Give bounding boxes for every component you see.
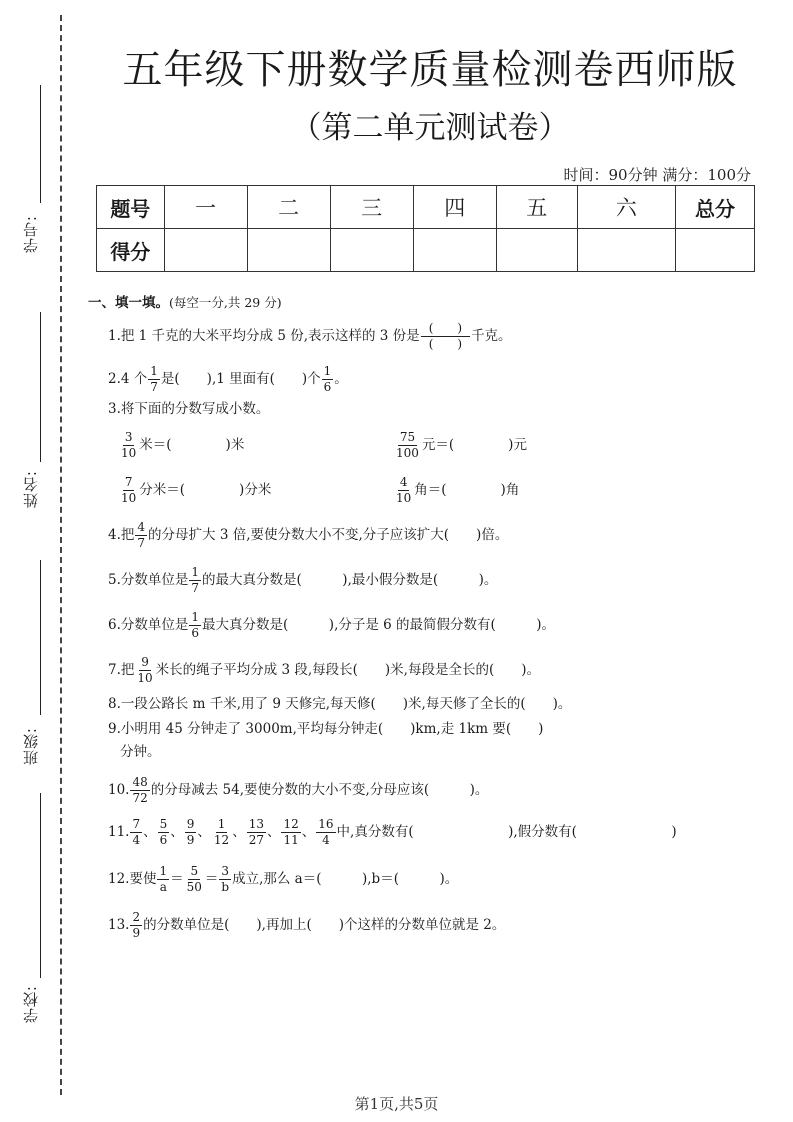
question-5: 5.分数单位是17的最大真分数是( ),最小假分数是( )。: [108, 566, 497, 595]
q2-prefix: 2.4 个: [108, 371, 147, 387]
score-cell-2[interactable]: [247, 229, 330, 272]
student-name-input-line[interactable]: [40, 312, 41, 462]
question-8: 8.一段公路长 m 千米,用了 9 天修完,每天修( )米,每天修了全长的( )…: [108, 698, 571, 712]
question-10: 10.4872的分母减去 54,要使分数的大小不变,分母应该( )。: [108, 776, 488, 805]
q3-item-4: 410角＝( )角: [393, 476, 519, 505]
question-4: 4.把47的分母扩大 3 倍,要使分数大小不变,分子应该扩大( )倍。: [108, 521, 508, 550]
section-title: 一、填一填。: [88, 295, 169, 311]
section-heading: 一、填一填。(每空一分,共 29 分): [88, 291, 282, 311]
question-9: 9.小明用 45 分钟走了 3000m,平均每分钟走( )km,走 1km 要(…: [108, 723, 543, 737]
school-input-line[interactable]: [40, 793, 41, 978]
question-2: 2.4 个17是( ),1 里面有( )个16。: [108, 365, 348, 394]
student-id-input-line[interactable]: [40, 85, 41, 203]
col-section-5: 五: [496, 186, 577, 229]
q3-item-3: 710分米＝( )分米: [118, 476, 271, 505]
score-cell-3[interactable]: [330, 229, 413, 272]
score-table-header-row: 题号 一 二 三 四 五 六 总分: [97, 186, 755, 229]
page-subtitle: （第二单元测试卷）: [100, 102, 760, 147]
q2-text: 是( ),1 里面有( )个: [161, 371, 321, 387]
exam-meta: 时间：90分钟 满分：100分: [564, 164, 752, 185]
question-3: 3.将下面的分数写成小数。: [108, 403, 269, 417]
q3-item-4-text: 角＝( )角: [414, 482, 519, 498]
q1-suffix: 千克。: [471, 328, 512, 344]
question-6: 6.分数单位是16最大真分数是( ),分子是 6 的最简假分数有( )。: [108, 611, 555, 640]
col-question-number: 题号: [97, 186, 165, 229]
score-cell-5[interactable]: [496, 229, 577, 272]
school-label: 学校:: [20, 985, 41, 1023]
q2-fraction-2: 16: [322, 365, 334, 394]
score-cell-4[interactable]: [413, 229, 496, 272]
binding-dashed-line: [60, 15, 62, 1095]
score-cell-total[interactable]: [676, 229, 755, 272]
score-cell-6[interactable]: [577, 229, 675, 272]
question-9-continued: 分钟。: [120, 746, 161, 760]
col-section-4: 四: [413, 186, 496, 229]
student-name-label: 姓名:: [20, 470, 41, 508]
q1-fraction-blank[interactable]: ( )( ): [421, 322, 470, 351]
score-table: 题号 一 二 三 四 五 六 总分 得分: [96, 185, 755, 272]
student-id-label: 学号:: [20, 215, 41, 253]
q3-item-3-text: 分米＝( )分米: [139, 482, 271, 498]
question-12: 12.要使1a＝550＝3b成立,那么 a＝( ),b＝( )。: [108, 865, 458, 894]
q3-item-1-text: 米＝( )米: [139, 437, 244, 453]
col-total: 总分: [676, 186, 755, 229]
col-section-1: 一: [164, 186, 247, 229]
question-13: 13.29的分数单位是( ),再加上( )个这样的分数单位就是 2。: [108, 911, 505, 940]
col-section-2: 二: [247, 186, 330, 229]
question-11: 11.74、56、99、112、1327、1211、164中,真分数有( ),假…: [108, 818, 677, 847]
question-1: 1.把 1 千克的大米平均分成 5 份,表示这样的 3 份是( )( )千克。: [108, 322, 512, 351]
q1-text: 1.把 1 千克的大米平均分成 5 份,表示这样的 3 份是: [108, 328, 420, 344]
q2-suffix: 。: [334, 371, 348, 387]
col-section-3: 三: [330, 186, 413, 229]
q3-item-2: 75100元＝( )元: [393, 431, 527, 460]
section-note: (每空一分,共 29 分): [169, 295, 282, 310]
page-number: 第1页,共5页: [0, 1093, 793, 1114]
q2-fraction-1: 17: [148, 365, 160, 394]
score-table-score-row: 得分: [97, 229, 755, 272]
question-7: 7.把910米长的绳子平均分成 3 段,每段长( )米,每段是全长的( )。: [108, 656, 540, 685]
row-score-label: 得分: [97, 229, 165, 272]
col-section-6: 六: [577, 186, 675, 229]
page-title: 五年级下册数学质量检测卷西师版: [100, 38, 760, 95]
q3-item-1: 310米＝( )米: [118, 431, 244, 460]
score-cell-1[interactable]: [164, 229, 247, 272]
q3-item-2-text: 元＝( )元: [422, 437, 527, 453]
class-input-line[interactable]: [40, 560, 41, 715]
class-label: 班级:: [20, 727, 41, 765]
